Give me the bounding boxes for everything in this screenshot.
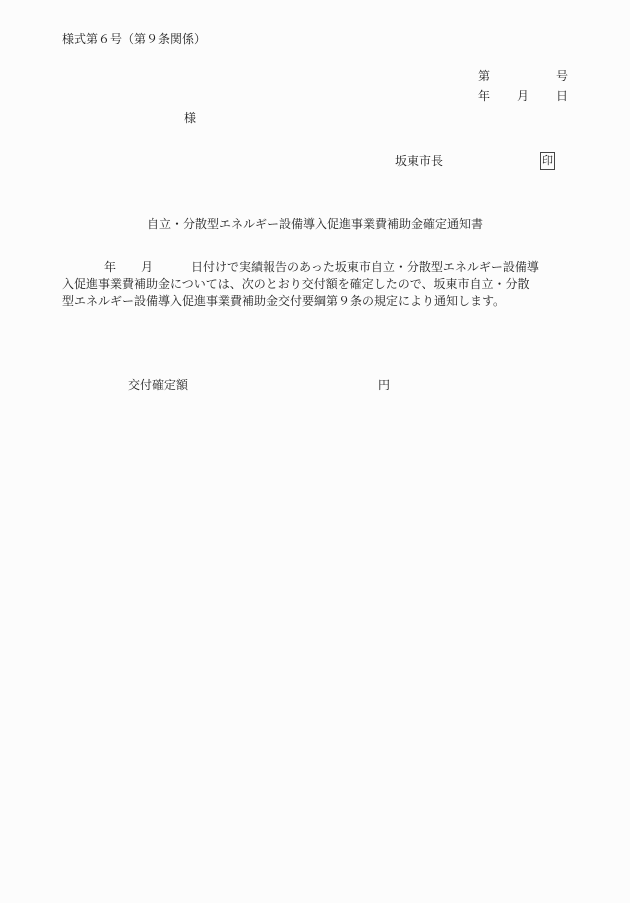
confirmed-amount-label: 交付確定額 — [128, 378, 188, 393]
body-line-2: 入促進事業費補助金については、次のとおり交付額を確定したので、坂東市自立・分散 — [62, 276, 572, 293]
body-year-label: 年 — [62, 259, 116, 276]
body-line-1-text: 日付けで実績報告のあった坂東市自立・分散型エネルギー設備導 — [191, 260, 539, 274]
body-month-label: 月 — [116, 259, 153, 276]
form-number: 様式第６号（第９条関係） — [62, 32, 206, 47]
document-title: 自立・分散型エネルギー設備導入促進事業費補助金確定通知書 — [147, 217, 483, 232]
notice-body: 年月日付けで実績報告のあった坂東市自立・分散型エネルギー設備導 入促進事業費補助… — [62, 259, 572, 310]
issuer-name: 坂東市長 — [395, 154, 443, 169]
addressee-honorific: 様 — [184, 111, 196, 126]
date-day-label: 日 — [556, 89, 568, 104]
document-number-prefix: 第 — [478, 69, 490, 84]
date-month-label: 月 — [517, 89, 529, 104]
seal-stamp-icon: 印 — [540, 152, 555, 170]
amount-currency-unit: 円 — [378, 378, 390, 393]
body-line-3: 型エネルギー設備導入促進事業費補助金交付要綱第９条の規定により通知します。 — [62, 293, 572, 310]
document-number-suffix: 号 — [556, 69, 568, 84]
date-year-label: 年 — [478, 89, 490, 104]
body-line-1: 年月日付けで実績報告のあった坂東市自立・分散型エネルギー設備導 — [62, 259, 572, 276]
